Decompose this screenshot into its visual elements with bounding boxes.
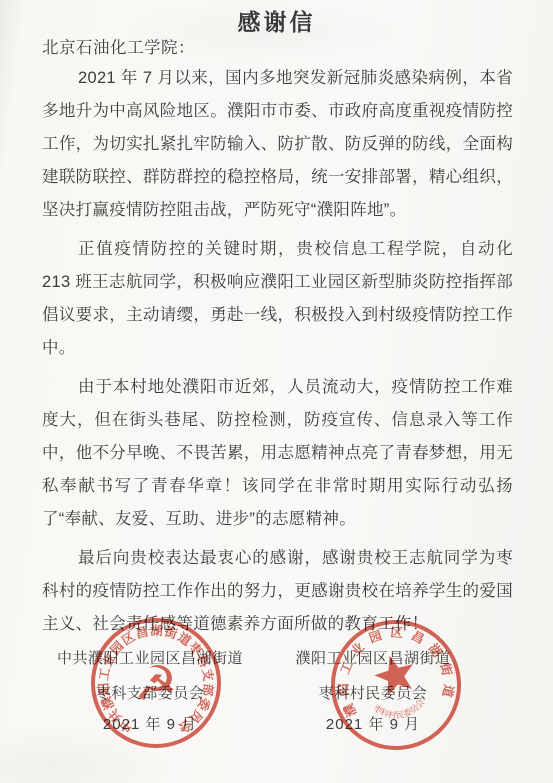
letter-title: 感谢信 xyxy=(0,4,553,37)
salutation: 北京石油化工学院： xyxy=(42,36,513,60)
letter-page: 感谢信 北京石油化工学院： 2021 年 7 月以来，国内多地突发新冠肺炎感染病… xyxy=(0,0,553,783)
hammer-and-sickle-icon: ☭ xyxy=(134,656,177,712)
paragraph: 正值疫情防控的关键时期，贵校信息工程学院，自动化 213 班王志航同学，积极响应… xyxy=(42,233,513,365)
seal-bottom-text: 枣科村民委员会 xyxy=(371,696,428,722)
letter-body: 北京石油化工学院： 2021 年 7 月以来，国内多地突发新冠肺炎感染病例，本省… xyxy=(42,36,513,647)
star-icon xyxy=(370,650,419,698)
signature-block: 中共濮阳工业园区昌湖街道 枣科支部委员会 2021 年 9 月 濮阳工业园区昌湖… xyxy=(0,600,553,783)
paragraph: 由于本村地处濮阳市近郊，人员流动大，疫情防控工作难度大，但在街头巷尾、防控检测，… xyxy=(42,371,513,536)
village-committee-seal: 濮阳工业园区昌湖街道 枣科村民委员会 xyxy=(323,610,468,759)
paragraph: 2021 年 7 月以来，国内多地突发新冠肺炎感染病例，本省多地升为中高风险地区… xyxy=(42,62,513,227)
party-branch-seal: 中共濮阳工业园区昌湖街道枣科支部委员会 ☭ xyxy=(88,613,224,753)
